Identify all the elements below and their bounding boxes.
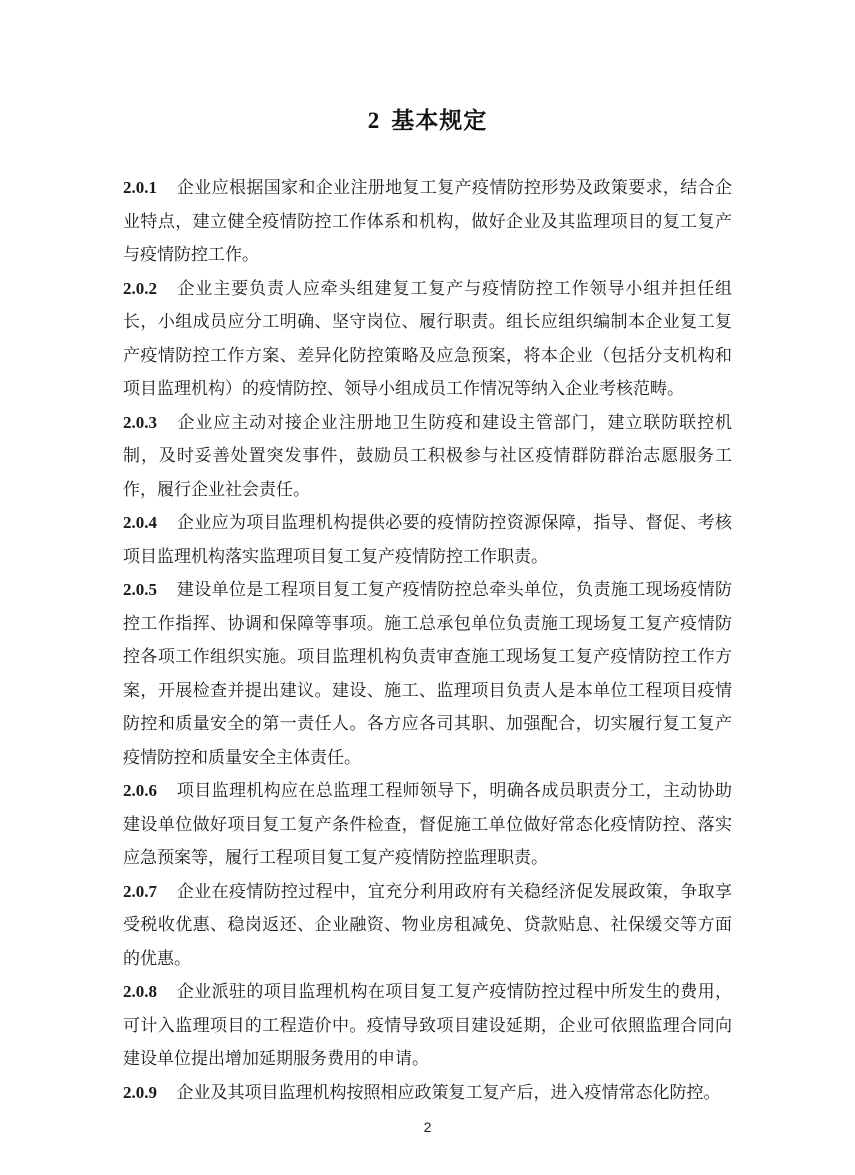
clause-paragraph: 2.0.9企业及其项目监理机构按照相应政策复工复产后，进入疫情常态化防控。 [123,1076,732,1110]
clause-list: 2.0.1企业应根据国家和企业注册地复工复产疫情防控形势及政策要求，结合企业特点… [123,171,732,1109]
clause-paragraph: 2.0.7企业在疫情防控过程中，宜充分利用政府有关稳经济促发展政策，争取享受税收… [123,875,732,976]
clause-paragraph: 2.0.8企业派驻的项目监理机构在项目复工复产疫情防控过程中所发生的费用，可计入… [123,975,732,1076]
section-title: 2基本规定 [123,102,732,135]
clause-paragraph: 2.0.3企业应主动对接企业注册地卫生防疫和建设主管部门，建立联防联控机制，及时… [123,406,732,507]
clause-number: 2.0.1 [123,178,157,197]
clause-text: 企业派驻的项目监理机构在项目复工复产疫情防控过程中所发生的费用，可计入监理项目的… [123,982,732,1068]
clause-number: 2.0.8 [123,982,157,1001]
clause-text: 项目监理机构应在总监理工程师领导下，明确各成员职责分工，主动协助建设单位做好项目… [123,781,732,867]
clause-number: 2.0.6 [123,781,157,800]
clause-paragraph: 2.0.6项目监理机构应在总监理工程师领导下，明确各成员职责分工，主动协助建设单… [123,774,732,875]
page-number: 2 [0,1119,855,1135]
clause-number: 2.0.2 [123,279,157,298]
clause-text: 企业在疫情防控过程中，宜充分利用政府有关稳经济促发展政策，争取享受税收优惠、稳岗… [123,882,732,968]
clause-number: 2.0.4 [123,513,157,532]
clause-text: 企业应为项目监理机构提供必要的疫情防控资源保障，指导、督促、考核项目监理机构落实… [123,513,732,566]
clause-text: 企业应主动对接企业注册地卫生防疫和建设主管部门，建立联防联控机制，及时妥善处置突… [123,413,732,499]
section-number: 2 [368,108,381,133]
clause-text: 建设单位是工程项目复工复产疫情防控总牵头单位，负责施工现场疫情防控工作指挥、协调… [123,580,732,767]
clause-number: 2.0.5 [123,580,157,599]
clause-number: 2.0.9 [123,1083,157,1102]
section-title-text: 基本规定 [391,108,487,133]
clause-text: 企业主要负责人应牵头组建复工复产与疫情防控工作领导小组并担任组长，小组成员应分工… [123,279,732,399]
clause-paragraph: 2.0.4企业应为项目监理机构提供必要的疫情防控资源保障，指导、督促、考核项目监… [123,506,732,573]
clause-number: 2.0.3 [123,413,157,432]
document-page: 2基本规定 2.0.1企业应根据国家和企业注册地复工复产疫情防控形势及政策要求，… [0,0,855,1175]
clause-paragraph: 2.0.1企业应根据国家和企业注册地复工复产疫情防控形势及政策要求，结合企业特点… [123,171,732,272]
clause-paragraph: 2.0.5建设单位是工程项目复工复产疫情防控总牵头单位，负责施工现场疫情防控工作… [123,573,732,774]
clause-number: 2.0.7 [123,882,157,901]
clause-text: 企业及其项目监理机构按照相应政策复工复产后，进入疫情常态化防控。 [177,1083,721,1102]
clause-paragraph: 2.0.2企业主要负责人应牵头组建复工复产与疫情防控工作领导小组并担任组长，小组… [123,272,732,406]
clause-text: 企业应根据国家和企业注册地复工复产疫情防控形势及政策要求，结合企业特点，建立健全… [123,178,732,264]
